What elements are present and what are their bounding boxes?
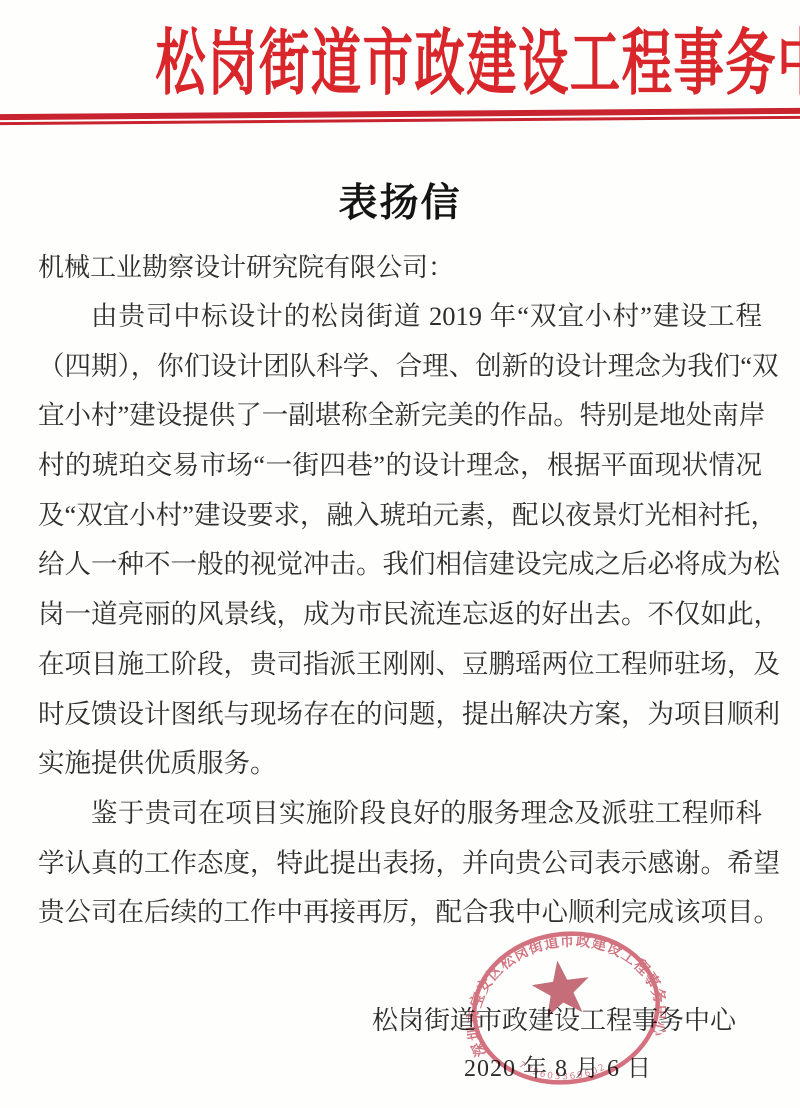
body-line: 由贵司中标设计的松岗街道 2019 年“双宜小村”建设工程 bbox=[38, 292, 762, 342]
salutation: 机械工业勘察设计研究院有限公司： bbox=[38, 247, 762, 284]
letterhead-divider bbox=[0, 108, 800, 125]
body-line: 给人一种不一般的视觉冲击。我们相信建设完成之后必将成为松 bbox=[38, 540, 762, 590]
signature-date: 2020 年 8 月 6 日 bbox=[464, 1048, 652, 1083]
body-line: 贵公司在后续的工作中再接再厉，配合我中心顺利完成该项目。 bbox=[38, 888, 762, 938]
letterhead: 松岗街道市政建设工程事务中心 bbox=[0, 18, 800, 110]
body-line: 宜小村”建设提供了一副堪称全新完美的作品。特别是地处南岸 bbox=[38, 391, 762, 441]
body-line: 鉴于贵司在项目实施阶段良好的服务理念及派驻工程师科 bbox=[38, 789, 762, 839]
letter-title: 表扬信 bbox=[0, 172, 800, 228]
signature-org-name: 松岗街道市政建设工程事务中心 bbox=[372, 1000, 736, 1037]
body-line: 实施提供优质服务。 bbox=[38, 739, 762, 789]
body-line: 岗一道亮丽的风景线，成为市民流连忘返的好出去。不仅如此， bbox=[38, 590, 762, 640]
body-line: （四期），你们设计团队科学、合理、创新的设计理念为我们“双 bbox=[38, 342, 762, 392]
letterhead-org-name: 松岗街道市政建设工程事务中心 bbox=[155, 18, 800, 110]
letter-body: 由贵司中标设计的松岗街道 2019 年“双宜小村”建设工程 （四期），你们设计团… bbox=[38, 292, 762, 938]
seal-ring-text: 深圳市宝安区松岗街道市政建设工程事务中心 bbox=[466, 926, 666, 1067]
scanned-letter-page: 松岗街道市政建设工程事务中心 表扬信 机械工业勘察设计研究院有限公司： 由贵司中… bbox=[0, 0, 800, 1108]
body-line: 及“双宜小村”建设要求，融入琥珀元素，配以夜景灯光相衬托， bbox=[38, 491, 762, 541]
body-line: 在项目施工阶段，贵司指派王刚刚、豆鹏瑶两位工程师驻场，及 bbox=[38, 640, 762, 690]
body-line: 村的琥珀交易市场“一街四巷”的设计理念，根据平面现状情况 bbox=[38, 441, 762, 491]
body-line: 时反馈设计图纸与现场存在的问题，提出解决方案，为项目顺利 bbox=[38, 690, 762, 740]
body-line: 学认真的工作态度，特此提出表扬，并向贵公司表示感谢。希望 bbox=[38, 839, 762, 889]
